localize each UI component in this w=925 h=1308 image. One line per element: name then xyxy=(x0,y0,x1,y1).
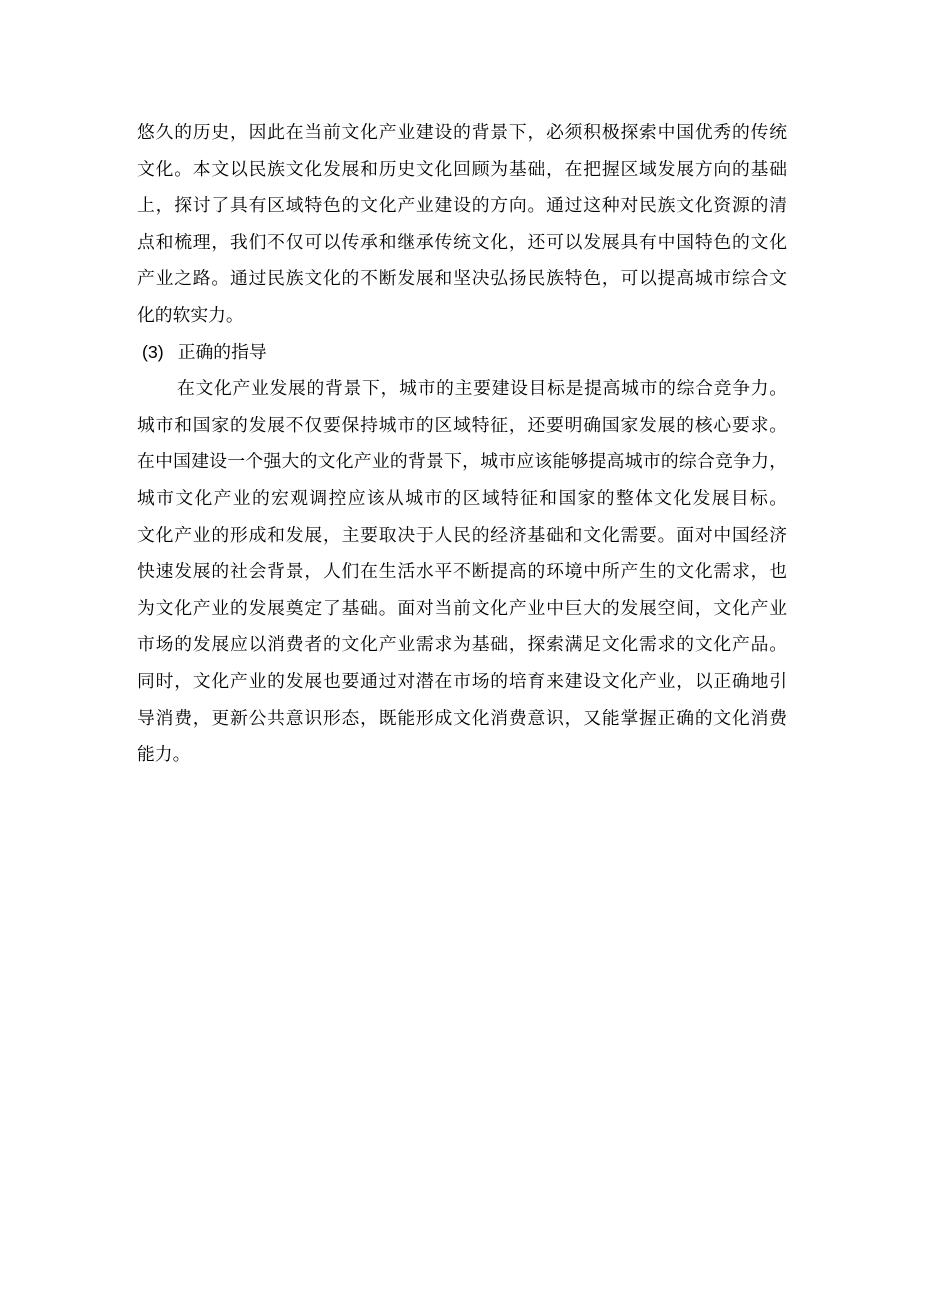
text-line: 城市文化产业的宏观调控应该从城市的区域特征和国家的整体文化发展目标。 xyxy=(137,480,787,517)
text-line: 导消费，更新公共意识形态，既能形成文化消费意识，又能掌握正确的文化消费 xyxy=(137,700,787,737)
text-line: 快速发展的社会背景，人们在生活水平不断提高的环境中所产生的文化需求，也 xyxy=(137,553,787,590)
section-heading-title: 正确的指导 xyxy=(178,342,267,362)
text-line: 在文化产业发展的背景下，城市的主要建设目标是提高城市的综合竞争力。 xyxy=(137,370,787,407)
section-heading: (3)正确的指导 xyxy=(137,334,787,371)
text-line: 化的软实力。 xyxy=(137,297,787,334)
text-line: 同时，文化产业的发展也要通过对潜在市场的培育来建设文化产业，以正确地引 xyxy=(137,663,787,700)
text-line: 在中国建设一个强大的文化产业的背景下，城市应该能够提高城市的综合竞争力， xyxy=(137,443,787,480)
document-page: 悠久的历史，因此在当前文化产业建设的背景下，必须积极探索中国优秀的传统 文化。本… xyxy=(0,0,925,1308)
section-heading-number: (3) xyxy=(142,342,164,362)
text-line: 城市和国家的发展不仅要保持城市的区域特征，还要明确国家发展的核心要求。 xyxy=(137,407,787,444)
text-line: 产业之路。通过民族文化的不断发展和坚决弘扬民族特色，可以提高城市综合文 xyxy=(137,260,787,297)
text-line: 文化产业的形成和发展，主要取决于人民的经济基础和文化需要。面对中国经济 xyxy=(137,517,787,554)
text-line: 点和梳理，我们不仅可以传承和继承传统文化，还可以发展具有中国特色的文化 xyxy=(137,224,787,261)
text-line: 能力。 xyxy=(137,736,787,773)
text-line: 市场的发展应以消费者的文化产业需求为基础，探索满足文化需求的文化产品。 xyxy=(137,626,787,663)
text-line: 文化。本文以民族文化发展和历史文化回顾为基础，在把握区域发展方向的基础 xyxy=(137,151,787,188)
text-block: 悠久的历史，因此在当前文化产业建设的背景下，必须积极探索中国优秀的传统 文化。本… xyxy=(137,114,787,773)
text-line: 上，探讨了具有区域特色的文化产业建设的方向。通过这种对民族文化资源的清 xyxy=(137,187,787,224)
text-line: 悠久的历史，因此在当前文化产业建设的背景下，必须积极探索中国优秀的传统 xyxy=(137,114,787,151)
text-line: 为文化产业的发展奠定了基础。面对当前文化产业中巨大的发展空间，文化产业 xyxy=(137,590,787,627)
